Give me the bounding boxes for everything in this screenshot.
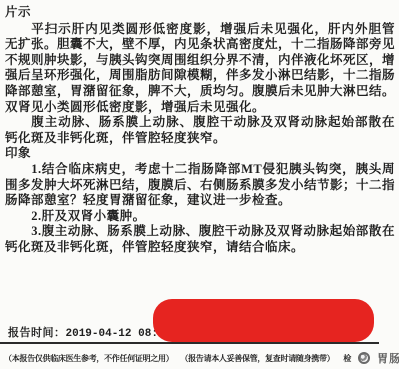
impression-item-3: 3.腹主动脉、肠系膜上动脉、腹腔干动脉及双肾动脉起始部散在钙化斑及非钙化斑，伴管… <box>5 224 395 255</box>
impression-item-2: 2.肝及双肾小囊肿。 <box>5 209 395 225</box>
report-body: 片示 平扫示肝内见类圆形低密度影，增强后未见强化，肝内外胆管无扩张。胆囊不大，壁… <box>5 5 395 256</box>
redaction-stamp <box>153 299 374 342</box>
footer-examiner-label: 检 <box>343 353 351 364</box>
radiology-report-page: 片示 平扫示肝内见类圆形低密度影，增强后未见强化，肝内外胆管无扩张。胆囊不大，壁… <box>0 0 399 369</box>
section-label-findings: 片示 <box>5 5 395 21</box>
footer: （本报告仅供临床医生参考，不作任何证明之用） （报告请本人妥善保管，复查时请随身… <box>4 350 399 366</box>
footer-disclaimer-right: （报告请本人妥善保管，复查时请随身携带） <box>180 353 334 364</box>
impression-item-1: 1.结合临床病史，考虑十二指肠降部MT侵犯胰头钩突，胰头周围多发肿大坏死淋巴结，… <box>5 162 395 209</box>
footer-divider <box>0 342 379 344</box>
section-label-impression: 印象 <box>5 146 395 162</box>
findings-paragraph-vessels: 腹主动脉、肠系膜上动脉、腹腔干动脉及双肾动脉起始部散在钙化斑及非钙化斑，伴管腔轻… <box>5 115 395 146</box>
footer-disclaimer-left: （本报告仅供临床医生参考，不作任何证明之用） <box>4 353 173 364</box>
report-time-label: 报告时间： <box>8 327 66 339</box>
findings-paragraph-main: 平扫示肝内见类圆形低密度影，增强后未见强化，肝内外胆管无扩张。胆囊不大，壁不厚，… <box>5 22 395 116</box>
watermark-text: 胃肠超声视角 <box>377 350 399 366</box>
watermark-logo-icon <box>358 352 370 364</box>
